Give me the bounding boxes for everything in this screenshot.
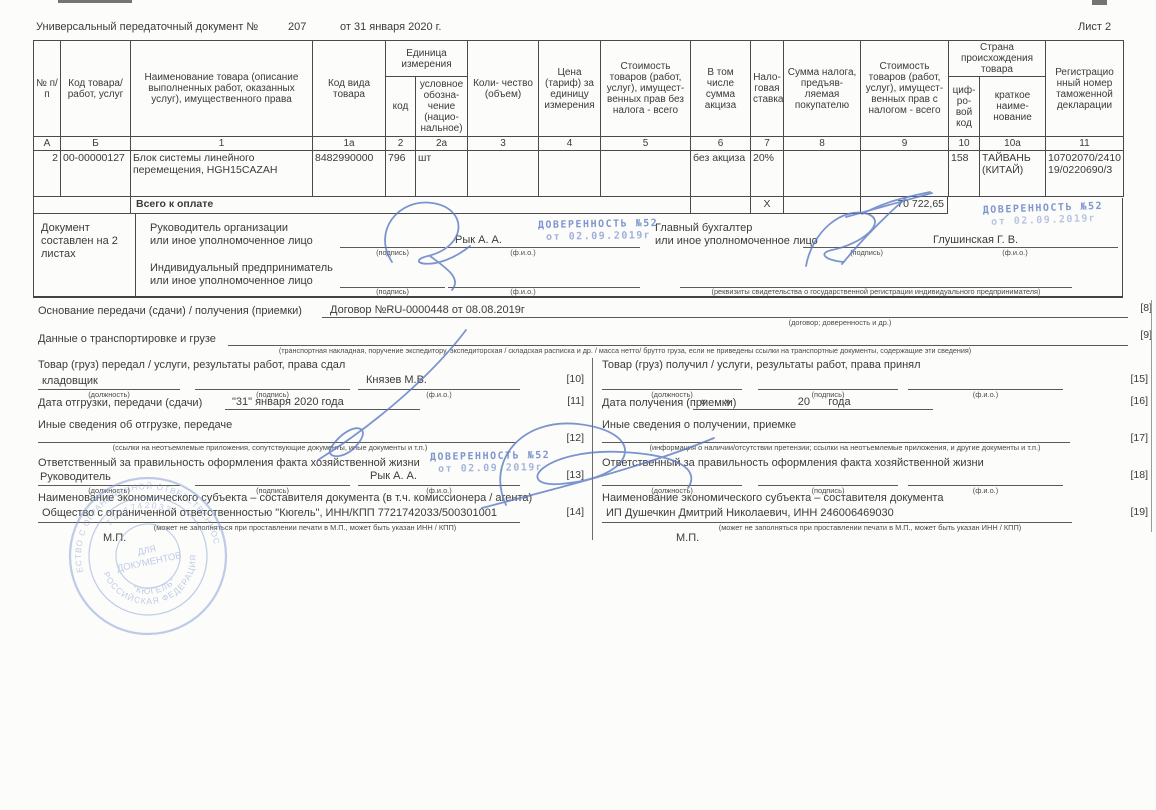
handwritten-signatures-overlay xyxy=(0,0,1156,810)
shipper-signature-stroke xyxy=(318,330,466,460)
upd-document-page: Универсальный передаточный документ № 20… xyxy=(0,0,1156,810)
responsible-signature-tail xyxy=(482,438,714,508)
responsible-signature xyxy=(500,423,691,505)
director-signature xyxy=(385,203,470,264)
